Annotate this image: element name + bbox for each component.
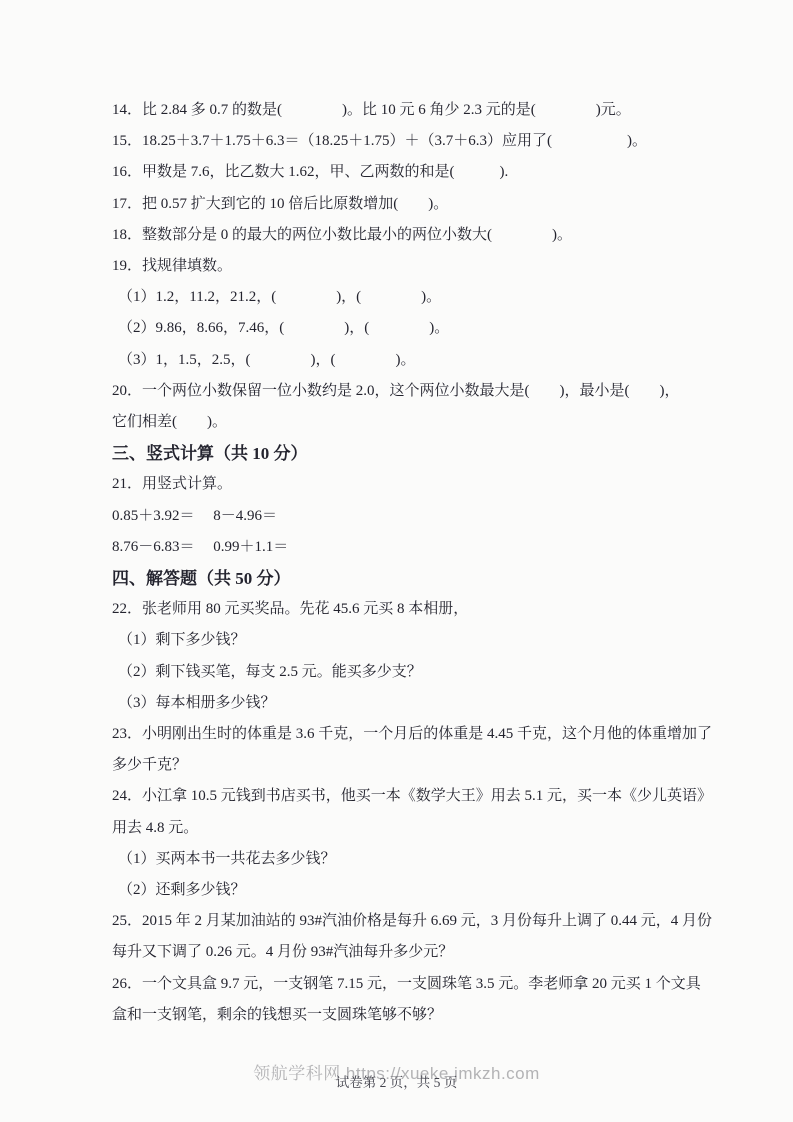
- exam-page: 14．比 2.84 多 0.7 的数是( )。比 10 元 6 角少 2.3 元…: [0, 0, 793, 1122]
- question-17: 17．把 0.57 扩大到它的 10 倍后比原数增加( )。: [112, 189, 712, 220]
- question-19: 19．找规律填数。: [112, 251, 712, 282]
- question-24-sub1: （1）买两本书一共花去多少钱？: [112, 844, 712, 875]
- question-26-line1: 26．一个文具盒 9.7 元，一支钢笔 7.15 元，一支圆珠笔 3.5 元。李…: [112, 969, 712, 1000]
- question-20-line2: 它们相差( )。: [112, 407, 712, 438]
- equation-row1: 0.85＋3.92＝ 8－4.96＝: [112, 501, 712, 532]
- question-19-sub2: （2）9.86，8.66，7.46，( )，( )。: [112, 313, 712, 344]
- section3-heading: 三、竖式计算（共 10 分）: [112, 438, 712, 469]
- question-24-line2: 用去 4.8 元。: [112, 813, 712, 844]
- question-14: 14．比 2.84 多 0.7 的数是( )。比 10 元 6 角少 2.3 元…: [112, 95, 712, 126]
- section4-heading: 四、解答题（共 50 分）: [112, 563, 712, 594]
- equation-row2: 8.76－6.83＝ 0.99＋1.1＝: [112, 532, 712, 563]
- question-22-sub2: （2）剩下钱买笔，每支 2.5 元。能买多少支？: [112, 657, 712, 688]
- question-24-sub2: （2）还剩多少钱？: [112, 875, 712, 906]
- question-16: 16．甲数是 7.6，比乙数大 1.62，甲、乙两数的和是( ).: [112, 157, 712, 188]
- exam-body: 14．比 2.84 多 0.7 的数是( )。比 10 元 6 角少 2.3 元…: [112, 95, 712, 1031]
- question-22: 22．张老师用 80 元买奖品。先花 45.6 元买 8 本相册，: [112, 594, 712, 625]
- question-18: 18．整数部分是 0 的最大的两位小数比最小的两位小数大( )。: [112, 220, 712, 251]
- question-26-line2: 盒和一支钢笔，剩余的钱想买一支圆珠笔够不够？: [112, 1000, 712, 1031]
- question-21: 21．用竖式计算。: [112, 469, 712, 500]
- question-19-sub1: （1）1.2，11.2，21.2，( )，( )。: [112, 282, 712, 313]
- question-25-line2: 每升又下调了 0.26 元。4 月份 93#汽油每升多少元？: [112, 937, 712, 968]
- question-22-sub1: （1）剩下多少钱？: [112, 625, 712, 656]
- question-23-line1: 23．小明刚出生时的体重是 3.6 千克，一个月后的体重是 4.45 千克，这个…: [112, 719, 712, 750]
- question-19-sub3: （3）1，1.5，2.5，( )，( )。: [112, 345, 712, 376]
- question-25-line1: 25．2015 年 2 月某加油站的 93#汽油价格是每升 6.69 元，3 月…: [112, 906, 712, 937]
- question-20-line1: 20．一个两位小数保留一位小数约是 2.0，这个两位小数最大是( )，最小是( …: [112, 376, 712, 407]
- page-number-label: 试卷第 2 页，共 5 页: [336, 1071, 458, 1091]
- question-24-line1: 24．小江拿 10.5 元钱到书店买书，他买一本《数学大王》用去 5.1 元，买…: [112, 781, 712, 812]
- question-23-line2: 多少千克？: [112, 750, 712, 781]
- question-22-sub3: （3）每本相册多少钱？: [112, 688, 712, 719]
- question-15: 15．18.25＋3.7＋1.75＋6.3＝（18.25＋1.75）＋（3.7＋…: [112, 126, 712, 157]
